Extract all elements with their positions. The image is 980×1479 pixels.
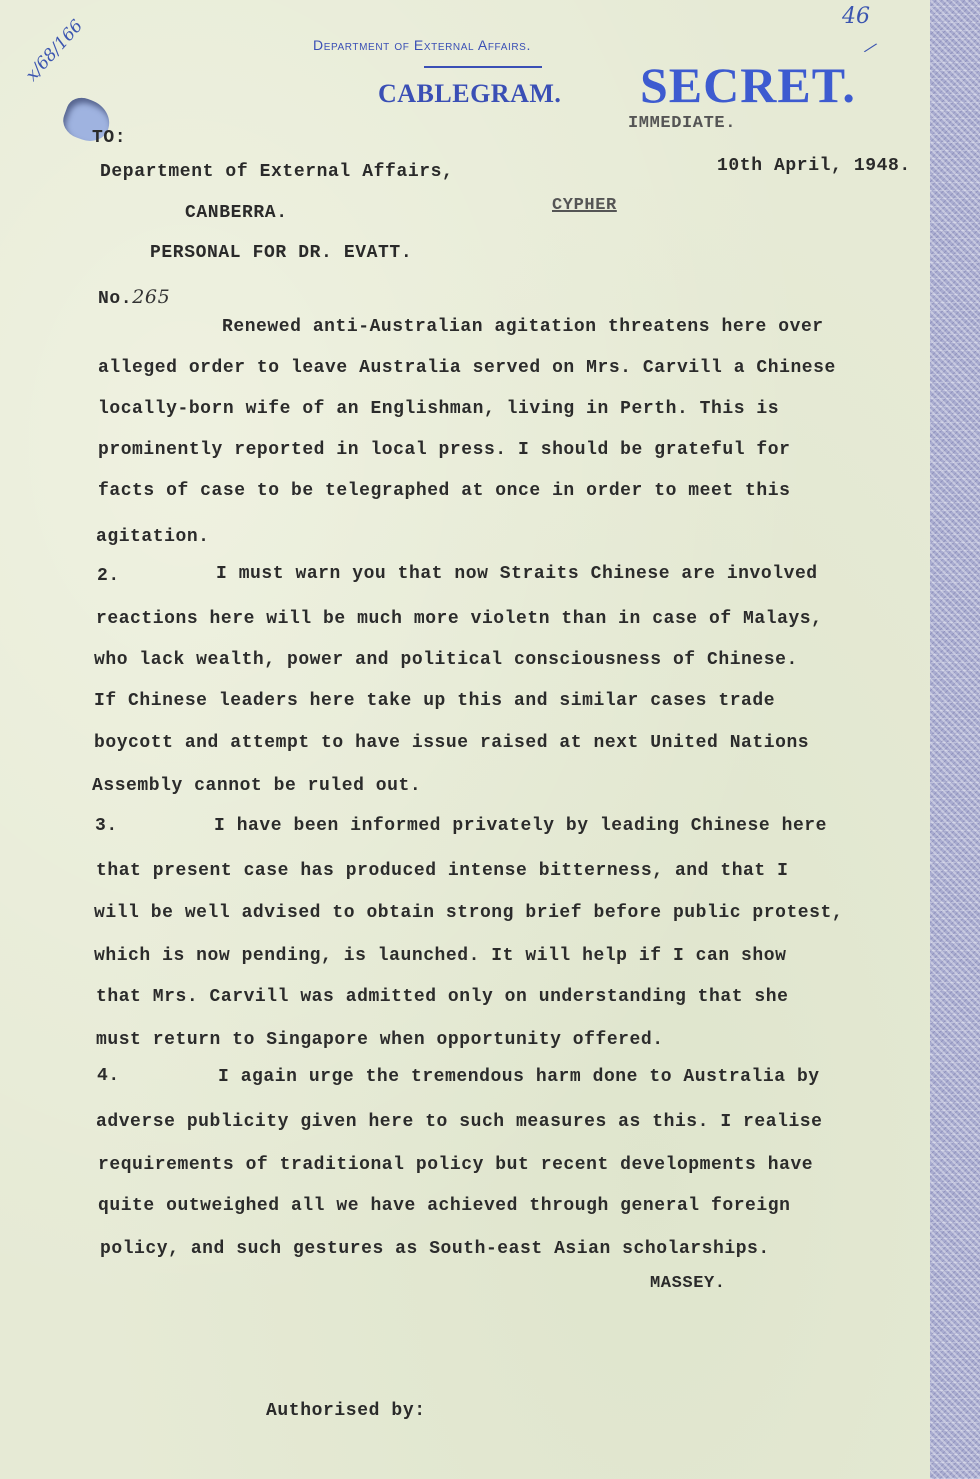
para-number-3: 3. — [95, 816, 118, 836]
priority-label: IMMEDIATE. — [628, 114, 736, 133]
body-line: alleged order to leave Australia served … — [98, 358, 836, 378]
cable-number: No.265 — [98, 286, 170, 309]
form-title: CABLEGRAM. — [378, 79, 561, 109]
body-line: agitation. — [96, 527, 210, 547]
para-number-2: 2. — [97, 566, 120, 586]
signature: MASSEY. — [650, 1274, 726, 1293]
body-line: will be well advised to obtain strong br… — [94, 903, 843, 923]
date: 10th April, 1948. — [717, 156, 911, 176]
cable-number-label: No. — [98, 289, 132, 309]
transmission-method: CYPHER — [552, 196, 617, 215]
body-line: I have been informed privately by leadin… — [214, 816, 827, 836]
body-line: facts of case to be telegraphed at once … — [98, 481, 790, 501]
body-line: I must warn you that now Straits Chinese… — [216, 564, 818, 584]
recipient-department: Department of External Affairs, — [100, 162, 453, 182]
body-line: adverse publicity given here to such mea… — [96, 1112, 823, 1132]
body-line: I again urge the tremendous harm done to… — [218, 1067, 820, 1087]
attention-line: PERSONAL FOR DR. EVATT. — [150, 243, 412, 263]
folio-number: 46 — [842, 4, 870, 29]
body-line: If Chinese leaders here take up this and… — [94, 691, 775, 711]
para-number-4: 4. — [97, 1066, 120, 1086]
body-line: which is now pending, is launched. It wi… — [94, 946, 786, 966]
body-line: policy, and such gestures as South-east … — [100, 1239, 770, 1259]
recipient-city: CANBERRA. — [185, 203, 288, 223]
body-line: requirements of traditional policy but r… — [98, 1155, 813, 1175]
body-line: must return to Singapore when opportunit… — [96, 1030, 664, 1050]
body-line: prominently reported in local press. I s… — [98, 440, 790, 460]
body-line: reactions here will be much more violetn… — [96, 609, 823, 629]
body-line: quite outweighed all we have achieved th… — [98, 1196, 790, 1216]
body-line: Renewed anti-Australian agitation threat… — [222, 317, 824, 337]
body-line: who lack wealth, power and political con… — [94, 650, 798, 670]
authorised-by-label: Authorised by: — [266, 1401, 426, 1421]
body-line: that present case has produced intense b… — [96, 861, 788, 881]
body-line: Assembly cannot be ruled out. — [92, 776, 421, 796]
background-edge — [930, 0, 980, 1479]
body-line: that Mrs. Carvill was admitted only on u… — [96, 987, 788, 1007]
body-line: locally-born wife of an Englishman, livi… — [98, 399, 779, 419]
body-line: boycott and attempt to have issue raised… — [94, 733, 809, 753]
cable-number-value: 265 — [132, 286, 170, 308]
to-label: TO: — [92, 128, 126, 148]
classification-stamp: SECRET. — [640, 56, 856, 114]
department-heading: Department of External Affairs. — [313, 37, 531, 53]
heading-rule — [424, 66, 542, 68]
